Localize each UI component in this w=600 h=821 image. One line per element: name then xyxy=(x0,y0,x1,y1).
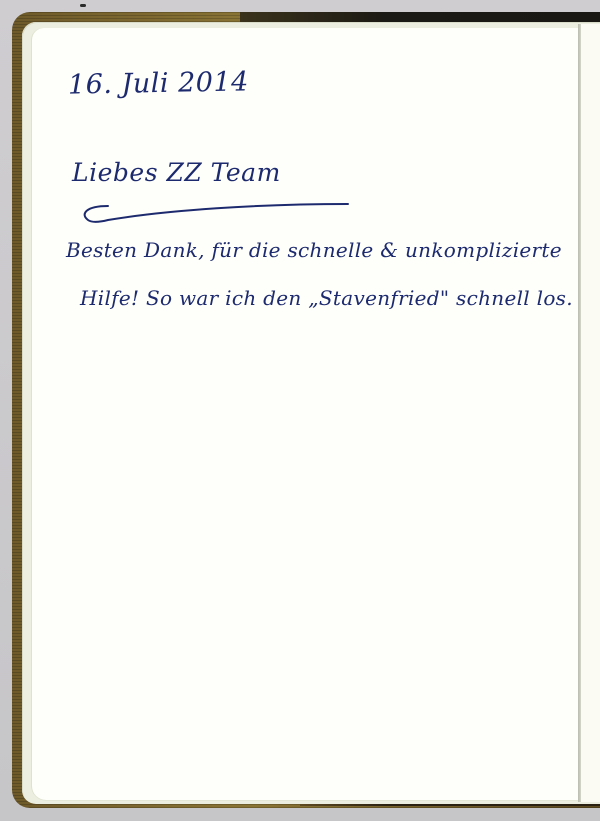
entry-line-2: Hilfe! So war ich den „Stavenfried" schn… xyxy=(80,286,573,310)
entry-greeting: Liebes ZZ Team xyxy=(72,158,281,187)
entry-date: 16. Juli 2014 xyxy=(68,66,249,100)
facing-page-edge xyxy=(581,24,600,802)
dust-speck xyxy=(80,4,86,7)
notebook-page xyxy=(32,28,578,800)
entry-line-1: Besten Dank, für die schnelle & unkompli… xyxy=(66,238,562,262)
greeting-underline-flourish xyxy=(78,200,350,228)
